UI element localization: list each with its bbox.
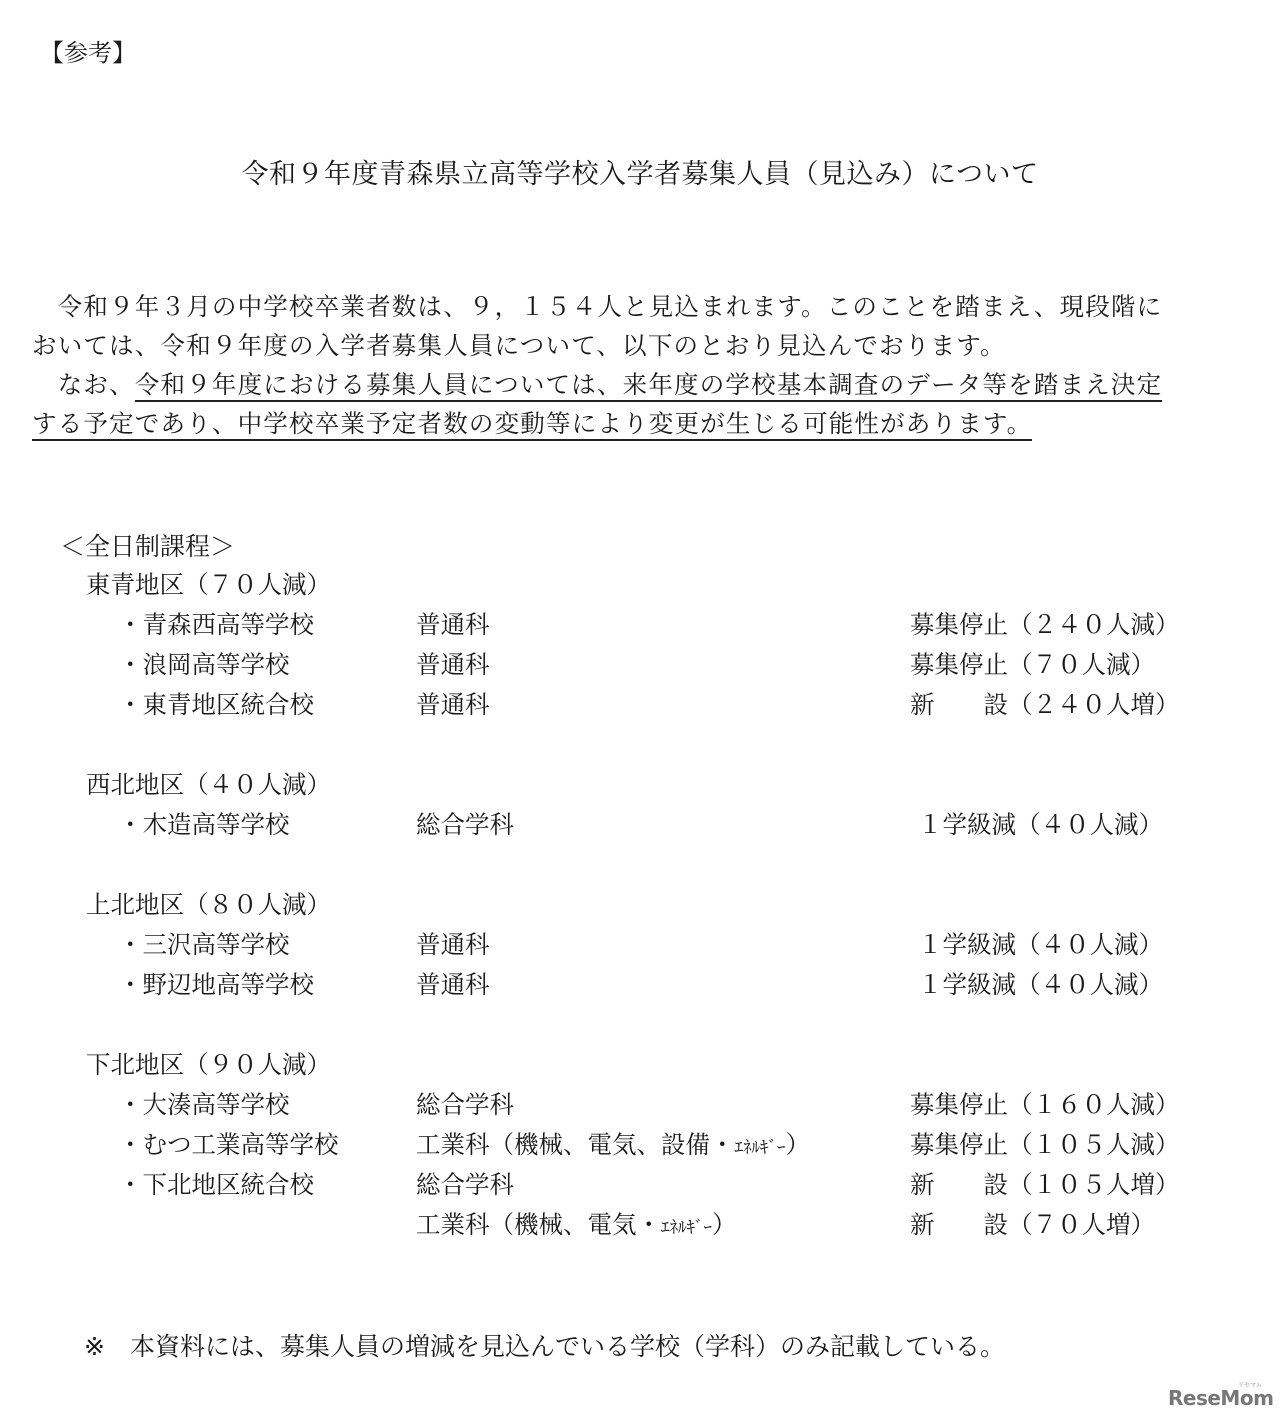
resemom-logo: ReseMom	[1168, 1386, 1273, 1410]
footnote: ※ 本資料には、募集人員の増減を見込んでいる学校（学科）のみ記載している。	[84, 1327, 1005, 1363]
department: 普通科	[416, 646, 490, 681]
school-name: ・むつ工業高等学校	[118, 1126, 339, 1161]
department-halfwidth-kana: ｴﾈﾙｷﾞｰ	[735, 1138, 786, 1158]
department-close-paren: ）	[712, 1210, 737, 1239]
region-heading: 下北地区（９０人減）	[0, 1046, 1280, 1086]
department: 総合学科	[416, 806, 514, 841]
department-halfwidth-kana: ｴﾈﾙｷﾞｰ	[661, 1218, 712, 1238]
section-heading: ＜全日制課程＞	[60, 527, 235, 563]
list-item: ・三沢高等学校 普通科 １学級減（４０人減）	[0, 926, 1280, 966]
department-main: 工業科（機械、電気・	[416, 1210, 661, 1239]
school-name: ・野辺地高等学校	[118, 966, 314, 1001]
department-main: 工業科（機械、電気、設備・	[416, 1130, 735, 1159]
region-name: 西北地区（４０人減）	[86, 766, 331, 801]
enrollment-change: １学級減（４０人減）	[918, 926, 1163, 961]
enrollment-change: １学級減（４０人減）	[918, 806, 1163, 841]
department: 普通科	[416, 606, 490, 641]
department-close-paren: ）	[786, 1130, 811, 1159]
enrollment-change: 新 設（７０人増）	[910, 1206, 1155, 1241]
department: 普通科	[416, 686, 490, 721]
enrollment-change: 募集停止（７０人減）	[910, 646, 1155, 681]
school-name: ・木造高等学校	[118, 806, 290, 841]
department: 普通科	[416, 926, 490, 961]
intro-paragraph-line-2: おいては、令和９年度の入学者募集人員について、以下のとおり見込んでおります。	[32, 327, 1006, 362]
region-heading: 東青地区（７０人減）	[0, 566, 1280, 606]
list-item: ・野辺地高等学校 普通科 １学級減（４０人減）	[0, 966, 1280, 1006]
region-name: 上北地区（８０人減）	[86, 886, 331, 921]
school-name: ・大湊高等学校	[118, 1086, 290, 1121]
department: 総合学科	[416, 1086, 514, 1121]
department: 普通科	[416, 966, 490, 1001]
region-heading: 西北地区（４０人減）	[0, 766, 1280, 806]
department: 工業科（機械、電気、設備・ｴﾈﾙｷﾞｰ）	[416, 1126, 810, 1161]
list-item: ・東青地区統合校 普通科 新 設（２４０人増）	[0, 686, 1280, 726]
underlined-note-text-2: する予定であり、中学校卒業予定者数の変動等により変更が生じる可能性があります。	[32, 409, 1032, 441]
note-prefix: なお、	[32, 370, 135, 399]
region-name: 東青地区（７０人減）	[86, 566, 331, 601]
department: 工業科（機械、電気・ｴﾈﾙｷﾞｰ）	[416, 1206, 737, 1241]
resemom-logo-subtext: リセマム	[1238, 1380, 1262, 1389]
region-name: 下北地区（９０人減）	[86, 1046, 331, 1081]
reference-label: 【参考】	[40, 33, 136, 68]
list-item: ・大湊高等学校 総合学科 募集停止（１６０人減）	[0, 1086, 1280, 1126]
list-item: 工業科（機械、電気・ｴﾈﾙｷﾞｰ） 新 設（７０人増）	[0, 1206, 1280, 1246]
list-item: ・むつ工業高等学校 工業科（機械、電気、設備・ｴﾈﾙｷﾞｰ） 募集停止（１０５人…	[0, 1126, 1280, 1166]
enrollment-change: 募集停止（２４０人減）	[910, 606, 1180, 641]
school-name: ・浪岡高等学校	[118, 646, 290, 681]
enrollment-change: 募集停止（１０５人減）	[910, 1126, 1180, 1161]
school-name: ・下北地区統合校	[118, 1166, 314, 1201]
enrollment-change: 新 設（２４０人増）	[910, 686, 1180, 721]
school-name: ・東青地区統合校	[118, 686, 314, 721]
underlined-note-text-1: 令和９年度における募集人員については、来年度の学校基本調査のデータ等を踏まえ決定	[135, 370, 1163, 402]
list-item: ・下北地区統合校 総合学科 新 設（１０５人増）	[0, 1166, 1280, 1206]
school-name: ・三沢高等学校	[118, 926, 290, 961]
enrollment-change: 募集停止（１６０人減）	[910, 1086, 1180, 1121]
list-item: ・木造高等学校 総合学科 １学級減（４０人減）	[0, 806, 1280, 846]
intro-note-line-1: なお、令和９年度における募集人員については、来年度の学校基本調査のデータ等を踏ま…	[32, 366, 1162, 401]
enrollment-change: １学級減（４０人減）	[918, 966, 1163, 1001]
enrollment-change: 新 設（１０５人増）	[910, 1166, 1180, 1201]
department: 総合学科	[416, 1166, 514, 1201]
intro-paragraph-line-1: 令和９年３月の中学校卒業者数は、９，１５４人と見込まれます。このことを踏まえ、現…	[32, 288, 1162, 323]
list-item: ・浪岡高等学校 普通科 募集停止（７０人減）	[0, 646, 1280, 686]
region-heading: 上北地区（８０人減）	[0, 886, 1280, 926]
intro-note-line-2: する予定であり、中学校卒業予定者数の変動等により変更が生じる可能性があります。	[32, 405, 1032, 440]
school-name: ・青森西高等学校	[118, 606, 314, 641]
document-title: 令和９年度青森県立高等学校入学者募集人員（見込み）について	[0, 152, 1280, 191]
list-item: ・青森西高等学校 普通科 募集停止（２４０人減）	[0, 606, 1280, 646]
